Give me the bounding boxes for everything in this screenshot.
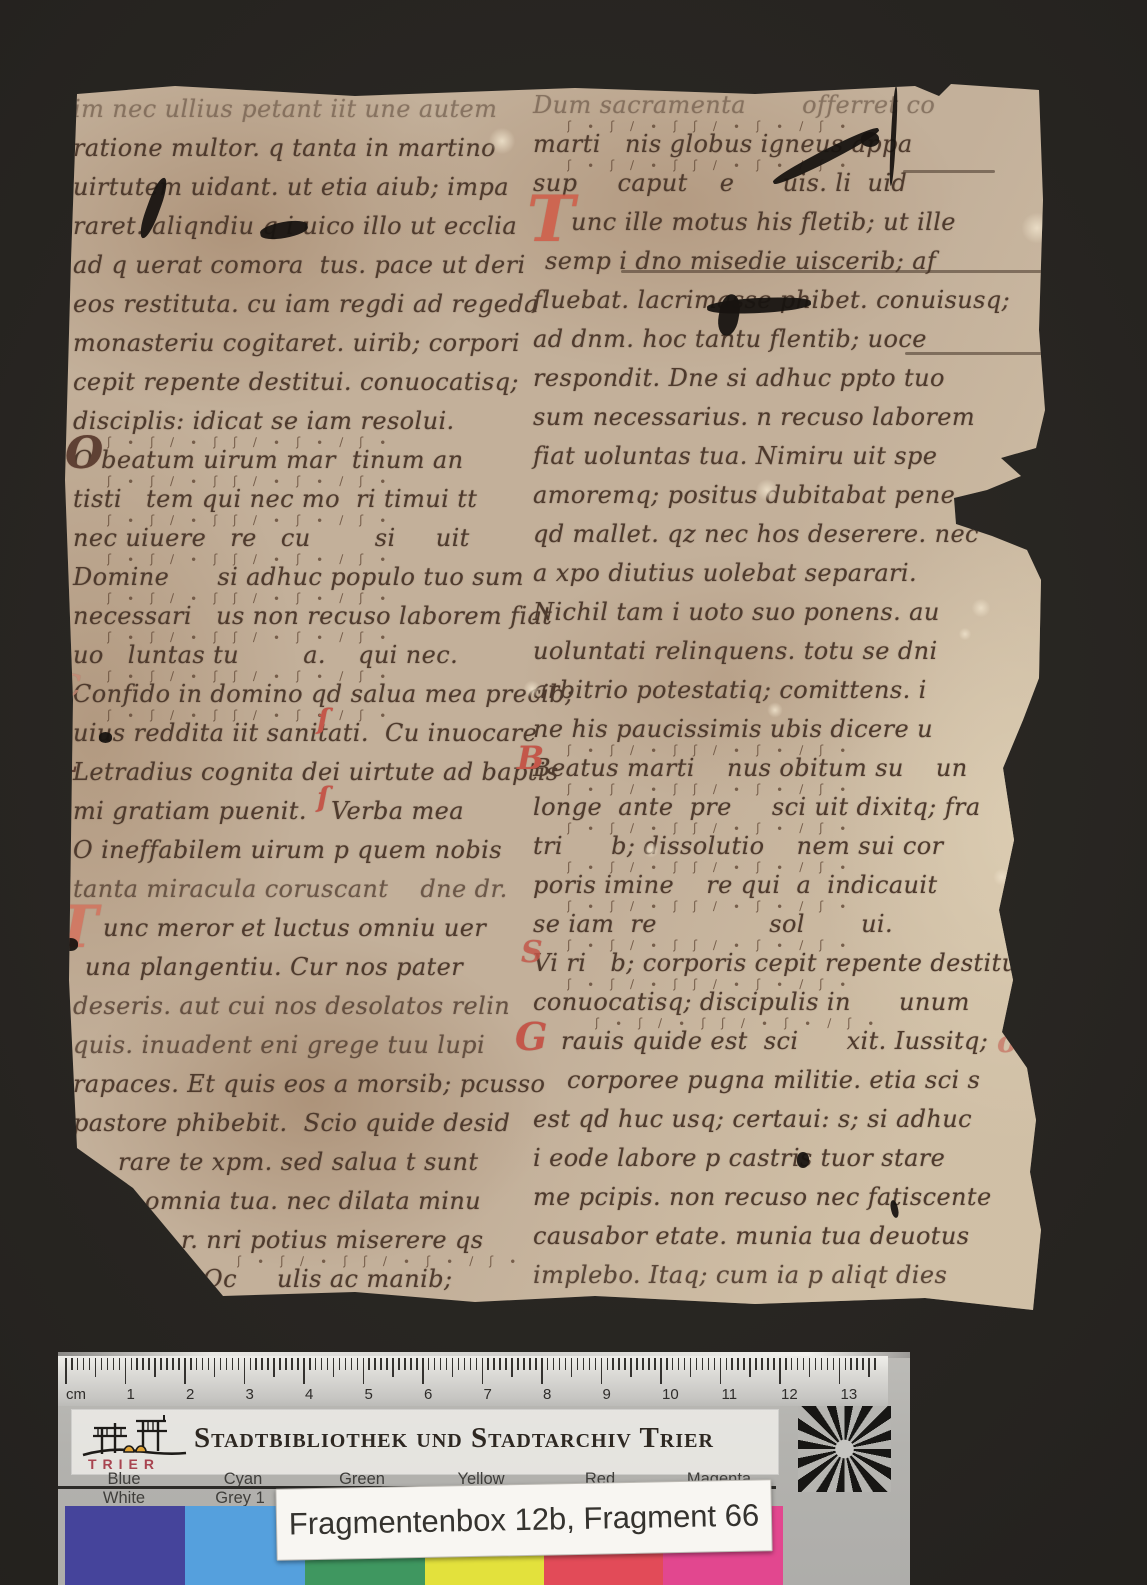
ink-blot <box>861 132 879 147</box>
manuscript-line: ʃ ∙ ʃ ∕ ∙ ʃ ʃ ∕ ∙ ʃ ∙ ∕ ʃ ∙uius reddita … <box>73 714 535 753</box>
manuscript-line-text: ad q uerat comora tus. pace ut deri <box>73 251 526 279</box>
manuscript-fragment: im nec ullius petant iit une autemration… <box>55 80 1045 1325</box>
manuscript-line-text: necessari us non recuso laborem fiat <box>73 602 552 630</box>
manuscript-line-text: arbitrio potestatiq; comittens. i <box>533 676 927 704</box>
manuscript-line-text: pastore phibebit. Scio quide desid <box>73 1109 510 1137</box>
manuscript-line: ʃ ∙ ʃ ∕ ∙ ʃ ʃ ∕ ∙ ʃ ∙ ∕ ʃ ∙Oc ulis ac ma… <box>203 1260 535 1299</box>
ruler-number: 12 <box>781 1386 798 1403</box>
ruler-number: 10 <box>662 1386 679 1403</box>
manuscript-line-text: me pcipis. non recuso nec fatiscente <box>533 1183 992 1211</box>
manuscript-line: ratione multor. q tanta in martino <box>73 129 535 168</box>
manuscript-line: im nec ullius petant iit une autem <box>73 90 535 129</box>
manuscript-line: amoremq; positus dubitabat pene <box>533 476 1038 515</box>
manuscript-line: arbitrio potestatiq; comittens. i <box>533 671 1038 710</box>
manuscript-line-text: O ineffabilem uirum p quem nobis <box>73 836 502 864</box>
manuscript-line: cepit repente destitui. conuocatisq; <box>73 363 535 402</box>
pale-spot <box>765 700 785 720</box>
manuscript-line: ad q uerat comora tus. pace ut deri <box>73 246 535 285</box>
pale-spot <box>1003 936 1021 954</box>
photo-stage: im nec ullius petant iit une autemration… <box>0 0 1147 1585</box>
neume-marks: ʃ ∙ ʃ ∕ ∙ ʃ ʃ ∕ ∙ ʃ ∙ ∕ ʃ ∙ <box>567 744 1038 758</box>
neume-marks: ʃ ∙ ʃ ∕ ∙ ʃ ʃ ∕ ∙ ʃ ∙ ∕ ʃ ∙ <box>567 822 1038 836</box>
manuscript-line: fiat uoluntas tua. Nimiru uit spe <box>533 437 1038 476</box>
manuscript-line: tanta miracula coruscant dne dr. <box>73 870 535 909</box>
ruler-number: 6 <box>424 1386 432 1403</box>
neume-marks: ʃ ∙ ʃ ∕ ∙ ʃ ʃ ∕ ∙ ʃ ∙ ∕ ʃ ∙ <box>107 553 535 567</box>
manuscript-line: i eode labore p castris tuor stare <box>533 1139 1038 1178</box>
manuscript-line-text: qd mallet. qz nec hos deserere. nec <box>533 520 979 548</box>
pale-spot <box>521 678 543 700</box>
manuscript-line-text: eos restituta. cu iam regdi ad regeda <box>73 290 539 318</box>
manuscript-line-text: uo luntas tu a. qui nec. <box>73 641 458 669</box>
manuscript-line-text: uirtutem uidant. ut etia aiub; impa <box>73 173 509 201</box>
manuscript-line-text: ne his paucissimis ubis dicere u <box>533 715 933 743</box>
manuscript-line-text: tisti tem qui nec mo ri timui tt <box>73 485 477 513</box>
manuscript-line: implebo. Itaq; cum ia p aliqt dies <box>533 1256 1038 1295</box>
manuscript-line-text: Oc ulis ac manib; <box>203 1265 452 1293</box>
manuscript-line-text: Domine si adhuc populo tuo sum <box>73 563 524 591</box>
neume-marks: ʃ ∙ ʃ ∕ ∙ ʃ ʃ ∕ ∙ ʃ ∙ ∕ ʃ ∙ <box>567 978 1038 992</box>
manuscript-line: respondit. Dne si adhuc ppto tuo <box>533 359 1038 398</box>
ruler-numbers: 12345678910111213 <box>65 1356 877 1406</box>
manuscript-line: ʃ ∙ ʃ ∕ ∙ ʃ ʃ ∕ ∙ ʃ ∙ ∕ ʃ ∙rauis quide e… <box>561 1022 1038 1061</box>
manuscript-line: rare te xpm. sed salua t sunt <box>118 1143 535 1182</box>
manuscript-line-text: se iam re sol ui. <box>533 910 893 938</box>
institution-label: TRIER Stadtbibliothek und Stadtarchiv Tr… <box>72 1410 778 1474</box>
manuscript-line-text: O beatum uirum mar tinum an <box>73 446 464 474</box>
rubric-initial: G <box>515 1018 547 1056</box>
ruler-number: 4 <box>305 1386 313 1403</box>
manuscript-line: unc ille motus his fletib; ut ille <box>571 203 1038 242</box>
ruler-number: 3 <box>246 1386 254 1403</box>
ink-blot <box>797 1152 809 1168</box>
neume-marks: ʃ ∙ ʃ ∕ ∙ ʃ ʃ ∕ ∙ ʃ ∙ ∕ ʃ ∙ <box>595 1017 1038 1031</box>
manuscript-line-text: omnia tua. nec dilata minu <box>145 1187 481 1215</box>
rubric-initial: O <box>65 432 103 476</box>
neume-marks: ʃ ∙ ʃ ∕ ∙ ʃ ʃ ∕ ∙ ʃ ∙ ∕ ʃ ∙ <box>237 1255 535 1269</box>
manuscript-line-text: Beatus marti nus obitum su un <box>533 754 968 782</box>
rubric-initial: o <box>997 1028 1017 1058</box>
ruler-number: 9 <box>603 1386 611 1403</box>
manuscript-line: qd mallet. qz nec hos deserere. nec <box>533 515 1038 554</box>
neume-marks: ʃ ∙ ʃ ∕ ∙ ʃ ʃ ∕ ∙ ʃ ∙ ∕ ʃ ∙ <box>567 900 1038 914</box>
manuscript-line-text: amoremq; positus dubitabat pene <box>533 481 955 509</box>
rubric-initial: B <box>517 742 544 774</box>
manuscript-line: me pcipis. non recuso nec fatiscente <box>533 1178 1038 1217</box>
manuscript-line-text: est qd huc usq; certaui: s; si adhuc <box>533 1105 972 1133</box>
manuscript-line-text: mi gratiam puenit. Verba mea <box>73 797 464 825</box>
ruler-number: 11 <box>722 1386 738 1403</box>
rubric-initial: L <box>57 748 78 778</box>
neume-marks: ʃ ∙ ʃ ∕ ∙ ʃ ʃ ∕ ∙ ʃ ∙ ∕ ʃ ∙ <box>567 861 1038 875</box>
manuscript-line: quis. inuadent eni grege tuu lupi <box>73 1026 535 1065</box>
manuscript-line-text: monasteriu cogitaret. uirib; corpori <box>73 329 520 357</box>
manuscript-line-text: conuocatisq; discipulis in unum <box>533 988 970 1016</box>
manuscript-line-text: respondit. Dne si adhuc ppto tuo <box>533 364 945 392</box>
manuscript-line-text: fiat uoluntas tua. Nimiru uit spe <box>533 442 937 470</box>
manuscript-line: O ineffabilem uirum p quem nobis <box>73 831 535 870</box>
pale-spot <box>641 840 661 860</box>
manuscript-line: a xpo diutius uolebat separari. <box>533 554 1038 593</box>
pale-spot <box>957 626 973 642</box>
manuscript-line-text: causabor etate. munia tua deuotus <box>533 1222 969 1250</box>
manuscript-line-text: uoluntati relinquens. totu se dni <box>533 637 938 665</box>
manuscript-line-text: im nec ullius petant iit une autem <box>73 95 497 123</box>
ruler-number: 7 <box>484 1386 492 1403</box>
manuscript-line: causabor etate. munia tua deuotus <box>533 1217 1038 1256</box>
neume-marks: ʃ ∙ ʃ ∕ ∙ ʃ ʃ ∕ ∙ ʃ ∙ ∕ ʃ ∙ <box>107 631 535 645</box>
manuscript-line-text: Nichil tam i uoto suo ponens. au <box>533 598 940 626</box>
neume-marks: ʃ ∙ ʃ ∕ ∙ ʃ ʃ ∕ ∙ ʃ ∙ ∕ ʃ ∙ <box>567 783 1038 797</box>
pale-spot <box>969 596 993 620</box>
ruler-number: 13 <box>841 1386 858 1403</box>
manuscript-line: deseris. aut cui nos desolatos relin <box>73 987 535 1026</box>
manuscript-line-text: disciplis: idicat se iam resolui. <box>73 407 455 435</box>
ruler-number: 2 <box>186 1386 194 1403</box>
manuscript-line-text: tanta miracula coruscant dne dr. <box>73 875 508 903</box>
rubric-initial: ſ <box>317 784 329 812</box>
manuscript-line: rapaces. Et quis eos a morsib; pcusso <box>73 1065 535 1104</box>
ruler-number: 5 <box>365 1386 373 1403</box>
manuscript-line: una plangentiu. Cur nos pater <box>85 948 535 987</box>
rubric-initial: S <box>521 938 543 968</box>
neume-marks: ʃ ∙ ʃ ∕ ∙ ʃ ʃ ∕ ∙ ʃ ∙ ∕ ʃ ∙ <box>107 475 535 489</box>
neume-marks: ʃ ∙ ʃ ∕ ∙ ʃ ʃ ∕ ∙ ʃ ∙ ∕ ʃ ∙ <box>107 436 535 450</box>
rubric-initial: T <box>527 188 575 252</box>
score-line <box>621 270 1051 273</box>
manuscript-line: omnia tua. nec dilata minu <box>145 1182 535 1221</box>
pale-spot <box>753 476 781 504</box>
manuscript-line-text: poris imine re qui a indicauit <box>533 871 938 899</box>
score-line <box>905 352 1045 355</box>
manuscript-line-text: cepit repente destitui. conuocatisq; <box>73 368 519 396</box>
manuscript-line: corporee pugna militie. etia sci s <box>567 1061 1038 1100</box>
manuscript-line: Letradius cognita dei uirtute ad baptis <box>73 753 535 792</box>
neume-marks: ʃ ∙ ʃ ∕ ∙ ʃ ʃ ∕ ∙ ʃ ∙ ∕ ʃ ∙ <box>107 592 535 606</box>
manuscript-line: pastore phibebit. Scio quide desid <box>73 1104 535 1143</box>
pale-spot <box>485 124 519 158</box>
manuscript-line-text: rare te xpm. sed salua t sunt <box>118 1148 478 1176</box>
manuscript-line-text: sup caput e uis. li uid <box>533 169 907 197</box>
manuscript-line-text: una plangentiu. Cur nos pater <box>85 953 463 981</box>
trier-bridge-logo <box>80 1412 190 1462</box>
manuscript-line: sum necessarius. n recuso laborem <box>533 398 1038 437</box>
manuscript-line-text: unc ille motus his fletib; ut ille <box>571 208 956 236</box>
score-line <box>903 170 995 173</box>
ink-blot <box>99 732 112 743</box>
neume-marks: ʃ ∙ ʃ ∕ ∙ ʃ ʃ ∕ ∙ ʃ ∙ ∕ ʃ ∙ <box>107 514 535 528</box>
manuscript-column-right: Dum sacramenta offerret coʃ ∙ ʃ ∕ ∙ ʃ ʃ … <box>533 86 1038 1334</box>
ruler-number: 1 <box>127 1386 135 1403</box>
rubric-initial: ſ <box>317 706 329 734</box>
manuscript-line-text: uius reddita iit sanitati. Cu inuocare <box>73 719 537 747</box>
neume-marks: ʃ ∙ ʃ ∕ ∙ ʃ ʃ ∕ ∙ ʃ ∙ ∕ ʃ ∙ <box>567 120 1038 134</box>
manuscript-line-text: ratione multor. q tanta in martino <box>73 134 496 162</box>
ink-blot <box>63 938 78 951</box>
manuscript-line-text: Vi ri b; corporis cepit repente destitui <box>533 949 1026 977</box>
manuscript-line: mi gratiam puenit. Verba mea <box>73 792 535 831</box>
neume-marks: ʃ ∙ ʃ ∕ ∙ ʃ ʃ ∕ ∙ ʃ ∙ ∕ ʃ ∙ <box>107 670 535 684</box>
manuscript-line-text: deb s re du <box>533 1300 746 1328</box>
color-patch <box>65 1506 185 1585</box>
manuscript-line-text: unc meror et luctus omniu uer <box>103 914 486 942</box>
manuscript-line-text: deseris. aut cui nos desolatos relin <box>73 992 510 1020</box>
manuscript-column-left: im nec ullius petant iit une autemration… <box>73 90 535 1299</box>
manuscript-line: deb s re du <box>533 1295 1038 1334</box>
ruler: cm 12345678910111213 <box>58 1356 888 1406</box>
manuscript-line-text: Dum sacramenta offerret co <box>533 91 935 119</box>
manuscript-line-text: r. nri potius miserere qs <box>181 1226 483 1254</box>
ruler-number: 8 <box>543 1386 551 1403</box>
manuscript-line-text: Letradius cognita dei uirtute ad baptis <box>73 758 559 786</box>
pale-spot <box>991 866 1013 888</box>
manuscript-line-text: quis. inuadent eni grege tuu lupi <box>73 1031 485 1059</box>
manuscript-line-text: nec uiuere re cu si uit <box>73 524 470 552</box>
manuscript-line-text: corporee pugna militie. etia sci s <box>567 1066 980 1094</box>
pale-spot <box>1017 208 1057 248</box>
manuscript-line-text: rauis quide est sci xit. Iussitq; <box>561 1027 988 1055</box>
fragment-id-text: Fragmentenbox 12b, Fragment 66 <box>288 1497 759 1542</box>
manuscript-line: unc meror et luctus omniu uer <box>103 909 535 948</box>
manuscript-line-text: sum necessarius. n recuso laborem <box>533 403 975 431</box>
siemens-star <box>798 1406 891 1492</box>
manuscript-line: monasteriu cogitaret. uirib; corpori <box>73 324 535 363</box>
manuscript-line-text: implebo. Itaq; cum ia p aliqt dies <box>533 1261 947 1289</box>
institution-title: Stadtbibliothek und Stadtarchiv Trier <box>194 1422 714 1455</box>
manuscript-line-text: rapaces. Et quis eos a morsib; pcusso <box>73 1070 545 1098</box>
manuscript-line-text: a xpo diutius uolebat separari. <box>533 559 917 587</box>
manuscript-line: eos restituta. cu iam regdi ad regeda <box>73 285 535 324</box>
manuscript-line: semp i dno misedie uiscerib; af <box>545 242 1038 281</box>
manuscript-line: uirtutem uidant. ut etia aiub; impa <box>73 168 535 207</box>
neume-marks: ʃ ∙ ʃ ∕ ∙ ʃ ʃ ∕ ∙ ʃ ∙ ∕ ʃ ∙ <box>567 939 1038 953</box>
manuscript-line-text: i eode labore p castris tuor stare <box>533 1144 945 1172</box>
fragment-id-label: Fragmentenbox 12b, Fragment 66 <box>275 1479 772 1561</box>
manuscript-line: est qd huc usq; certaui: s; si adhuc <box>533 1100 1038 1139</box>
manuscript-line-text: tri b; dissolutio nem sui cor <box>533 832 943 860</box>
rubric-initial: C <box>57 672 81 702</box>
manuscript-line-text: longe ante pre sci uit dixitq; fra <box>533 793 981 821</box>
